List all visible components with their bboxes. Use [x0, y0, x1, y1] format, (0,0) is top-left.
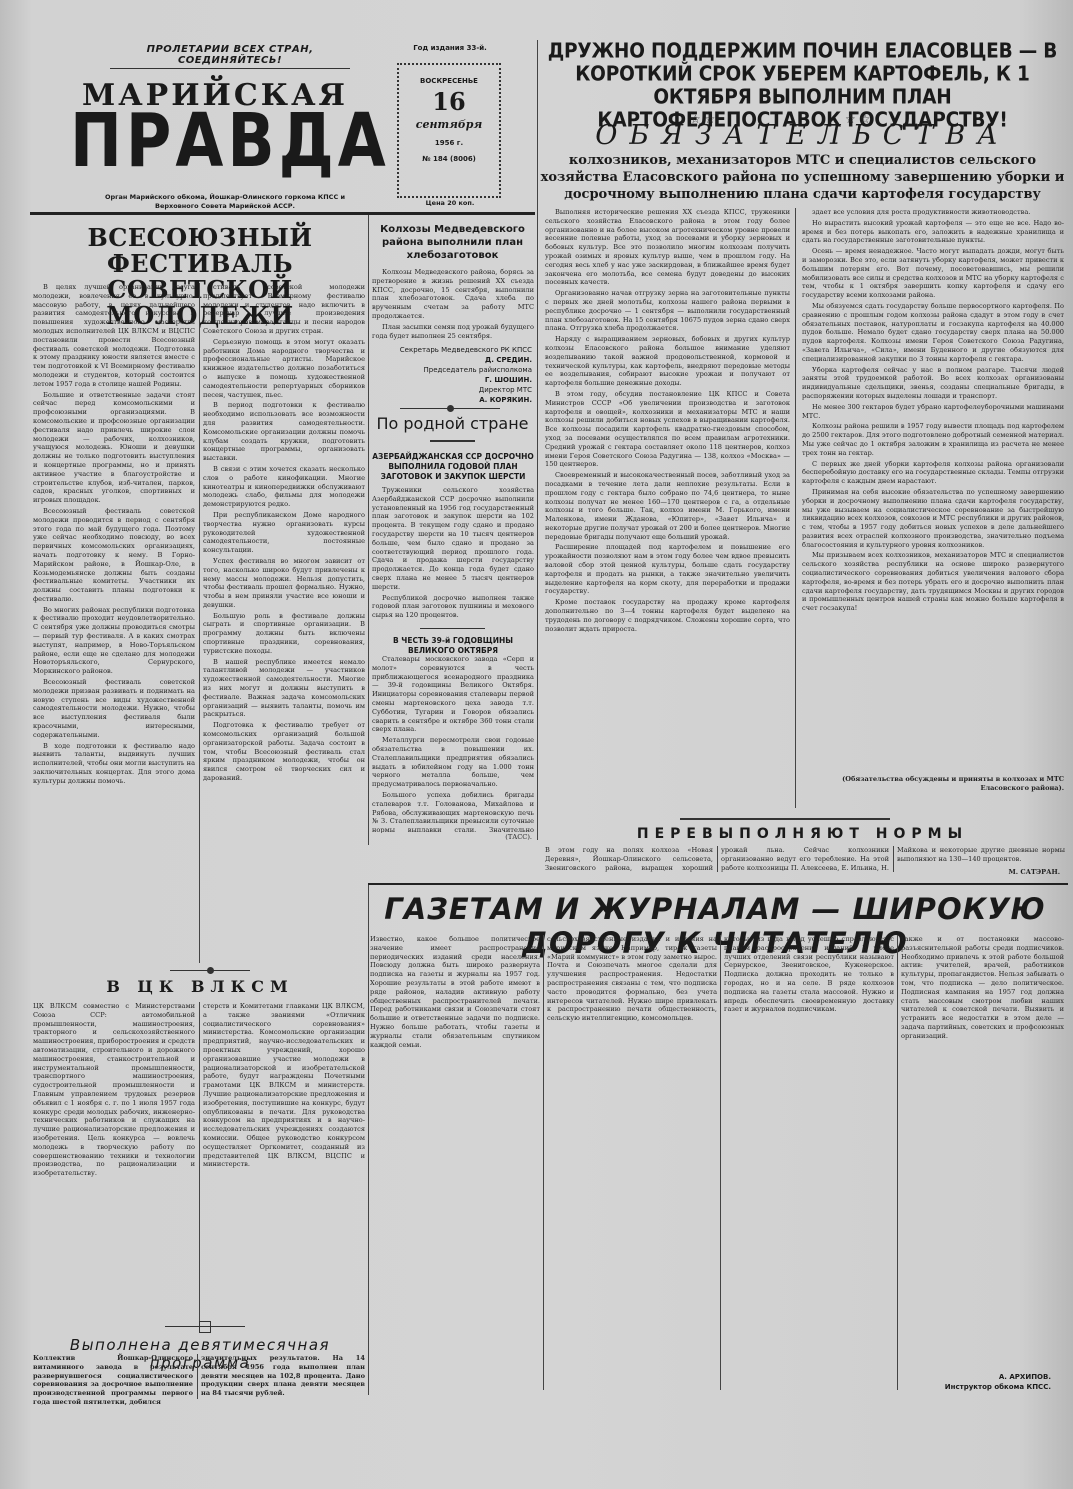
paragraph: Серьезную помощь в этом могут оказать ра… [203, 338, 365, 400]
story1-body: Труженики сельского хозяйства Азербайджа… [372, 486, 534, 622]
paragraph: Своевременный и высококачественный посев… [545, 471, 790, 541]
komsomol-headline: В ЦК ВЛКСМ [35, 977, 365, 996]
overfulfil-author: М. САТЭРАН. [900, 868, 1060, 877]
paragraph: Республикой досрочно выполнен также годо… [372, 594, 534, 620]
weekday: ВОСКРЕСЕНЬЕ [399, 77, 499, 85]
obligations-heading: ОБЯЗАТЕЛЬСТВА [540, 120, 1065, 151]
column-rule [368, 885, 369, 1395]
column-rule [199, 283, 200, 963]
obligations-note: (Обязательства обсуждены и приняты в кол… [802, 775, 1064, 793]
rubric-native-country: По родной стране [370, 414, 535, 433]
paragraph: В ходе подготовки к фестивалю надо выяви… [33, 742, 195, 786]
paragraph: В этом году, обсудив постановление ЦК КП… [545, 390, 790, 469]
festival-column-1: В целях лучшей организации досуга молоде… [33, 283, 195, 963]
paragraph: Большие и ответственные задачи стоят сей… [33, 391, 195, 505]
paragraph: При республиканском Доме народного творч… [203, 511, 365, 555]
komsomol-column-1: ЦК ВЛКСМ совместно с Министерствами Союз… [33, 1002, 195, 1332]
divider [680, 818, 890, 820]
overfulfil-headline: ПЕРЕВЫПОЛНЯЮТ НОРМЫ [540, 826, 1065, 842]
press-column-2: сельскохозяйственные издания и издания н… [547, 935, 717, 1390]
obligations-subheading: колхозников, механизаторов МТС и специал… [540, 152, 1065, 203]
paragraph: Большую роль в фестивале должны сыграть … [203, 612, 365, 656]
column-rule [720, 935, 721, 1390]
paragraph: Большого успеха добились бригады сталева… [372, 791, 534, 833]
press-column-1: Известно, какое большое политическое зна… [370, 935, 540, 1390]
paragraph: В нашей республике имеется немало талант… [203, 658, 365, 720]
signature-role: Директор МТС [372, 385, 532, 395]
paragraph: С первых же дней уборки картофеля колхоз… [802, 460, 1064, 486]
paragraph: В период подготовки к фестивалю необходи… [203, 401, 365, 463]
ornament-dot [447, 405, 454, 412]
nine-month-column-1: Коллектив Йошкар-Олинского витаминного з… [33, 1354, 193, 1407]
paragraph: Мы призываем всех колхозников, механизат… [802, 551, 1064, 613]
medvedevo-headline: Колхозы Медведевского района выполнили п… [370, 223, 535, 262]
paragraph: Наряду с выращиванием зерновых, бобовых … [545, 335, 790, 388]
paragraph: Сталевары московского завода «Серп и мол… [372, 655, 534, 734]
festival-column-2: стиваль советской молодежи предшествует … [203, 283, 365, 963]
signature-role: Председатель райисполкома [372, 365, 532, 375]
paragraph: Металлурги пересмотрели свои годовые обя… [372, 736, 534, 789]
year: 1956 г. [399, 139, 499, 147]
year-of-publication: Год издания 33-й. [400, 44, 500, 52]
price: Цена 20 коп. [400, 199, 500, 207]
obligations-column-2: здает все условия для роста продуктивнос… [802, 208, 1064, 763]
paragraph: В связи с этим хочется сказать несколько… [203, 465, 365, 509]
section-rule [368, 883, 1068, 885]
paragraph: Расширение площадей под картофелем и пов… [545, 543, 790, 596]
column-rule [197, 1354, 198, 1399]
paragraph: Но вырастить высокий урожай картофеля — … [802, 219, 1064, 245]
signature-role: Секретарь Медведевского РК КПСС [372, 345, 532, 355]
medvedevo-body: Колхозы Медведевского района, борясь за … [372, 268, 534, 342]
ornament-dot [207, 967, 214, 974]
story1-headline: АЗЕРБАЙДЖАНСКАЯ ССР ДОСРОЧНО ВЫПОЛНИЛА Г… [372, 452, 534, 482]
paragraph: Мы обязуемся сдать государству больше пе… [802, 302, 1064, 364]
divider [420, 628, 485, 629]
paragraph: Выполняя исторические решения XX съезда … [545, 208, 790, 287]
press-column-4: также и от постановки массово-разъясните… [901, 935, 1064, 1335]
rubric-underline [430, 440, 475, 442]
issue-number: № 184 (8006) [399, 155, 499, 163]
signature-name: Д. СРЕДИН. [372, 355, 532, 365]
masthead-organ: Орган Марийского обкома, Йошкар-Олинског… [100, 193, 350, 211]
paragraph: Во многих районах республики подготовка … [33, 606, 195, 676]
column-rule [795, 208, 796, 808]
paragraph: Организованно начав отгрузку зерна на за… [545, 289, 790, 333]
paragraph: Не менее 300 гектаров будет убрано карто… [802, 403, 1064, 421]
paragraph: Колхозы района решили в 1957 году вывест… [802, 422, 1064, 457]
month: сентября [399, 118, 499, 131]
signature-name: А. КОРЯКИН. [372, 395, 532, 405]
story2-body: Сталевары московского завода «Серп и мол… [372, 655, 534, 833]
paragraph: Кроме поставок государству на продажу кр… [545, 598, 790, 633]
day: 16 [399, 87, 499, 116]
komsomol-column-2: стерств и Комитетами главками ЦК ВЛКСМ, … [203, 1002, 365, 1332]
signature-name: Г. ШОШИН. [372, 375, 532, 385]
masthead-title-line2: ПРАВДА [70, 104, 355, 178]
press-author-role: Инструктор обкома КПСС. [901, 1382, 1051, 1392]
paragraph: В целях лучшей организации досуга молоде… [33, 283, 195, 389]
newspaper-page: ПРОЛЕТАРИИ ВСЕХ СТРАН, СОЕДИНЯЙТЕСЬ! МАР… [0, 0, 1073, 1489]
paragraph: План засыпки семян под урожай будущего г… [372, 323, 534, 341]
press-author: А. АРХИПОВ. [901, 1372, 1051, 1382]
paragraph: Успех фестиваля во многом зависит от тог… [203, 557, 365, 610]
paragraph: Принимая на себя высокие обязательства п… [802, 488, 1064, 550]
paragraph: здает все условия для роста продуктивнос… [802, 208, 1064, 217]
paragraph: Уборка картофеля сейчас у нас в полном р… [802, 366, 1064, 401]
column-rule [543, 935, 544, 1390]
paragraph: Труженики сельского хозяйства Азербайджа… [372, 486, 534, 592]
paragraph: Осень — время ненадежное. Часто могут вы… [802, 247, 1064, 300]
column-rule [368, 215, 369, 845]
column-rule [199, 1002, 200, 1332]
nine-month-column-2: значительных результатов. На 14 сентября… [201, 1354, 365, 1398]
paragraph: Колхозы Медведевского района, борясь за … [372, 268, 534, 321]
column-rule [897, 935, 898, 1390]
masthead-rule [30, 212, 535, 215]
obligations-column-1: Выполняя исторические решения XX съезда … [545, 208, 790, 808]
paragraph: Подготовка к фестивалю требует от комсом… [203, 721, 365, 783]
story2-headline: В ЧЕСТЬ 39-й ГОДОВЩИНЫ ВЕЛИКОГО ОКТЯБРЯ [372, 636, 534, 656]
date-box: ВОСКРЕСЕНЬЕ 16 сентября 1956 г. № 184 (8… [397, 63, 501, 198]
paragraph: стиваль советской молодежи предшествует … [203, 283, 365, 336]
ornament-square [199, 1321, 211, 1333]
medvedevo-signatures: Секретарь Медведевского РК КПССД. СРЕДИН… [372, 345, 532, 405]
press-column-3: которые из года в год успешно справляютс… [724, 935, 894, 1390]
paragraph: Всесоюзный фестиваль советской молодежи … [33, 678, 195, 740]
masthead-motto: ПРОЛЕТАРИИ ВСЕХ СТРАН, СОЕДИНЯЙТЕСЬ! [110, 44, 350, 69]
banner-slogan: ДРУЖНО ПОДДЕРЖИМ ПОЧИН ЕЛАСОВЦЕВ — В КОР… [540, 40, 1065, 132]
column-rule [537, 40, 538, 840]
paragraph: Всесоюзный фестиваль советской молодежи … [33, 507, 195, 604]
story2-source: (ТАСС). [372, 833, 532, 842]
